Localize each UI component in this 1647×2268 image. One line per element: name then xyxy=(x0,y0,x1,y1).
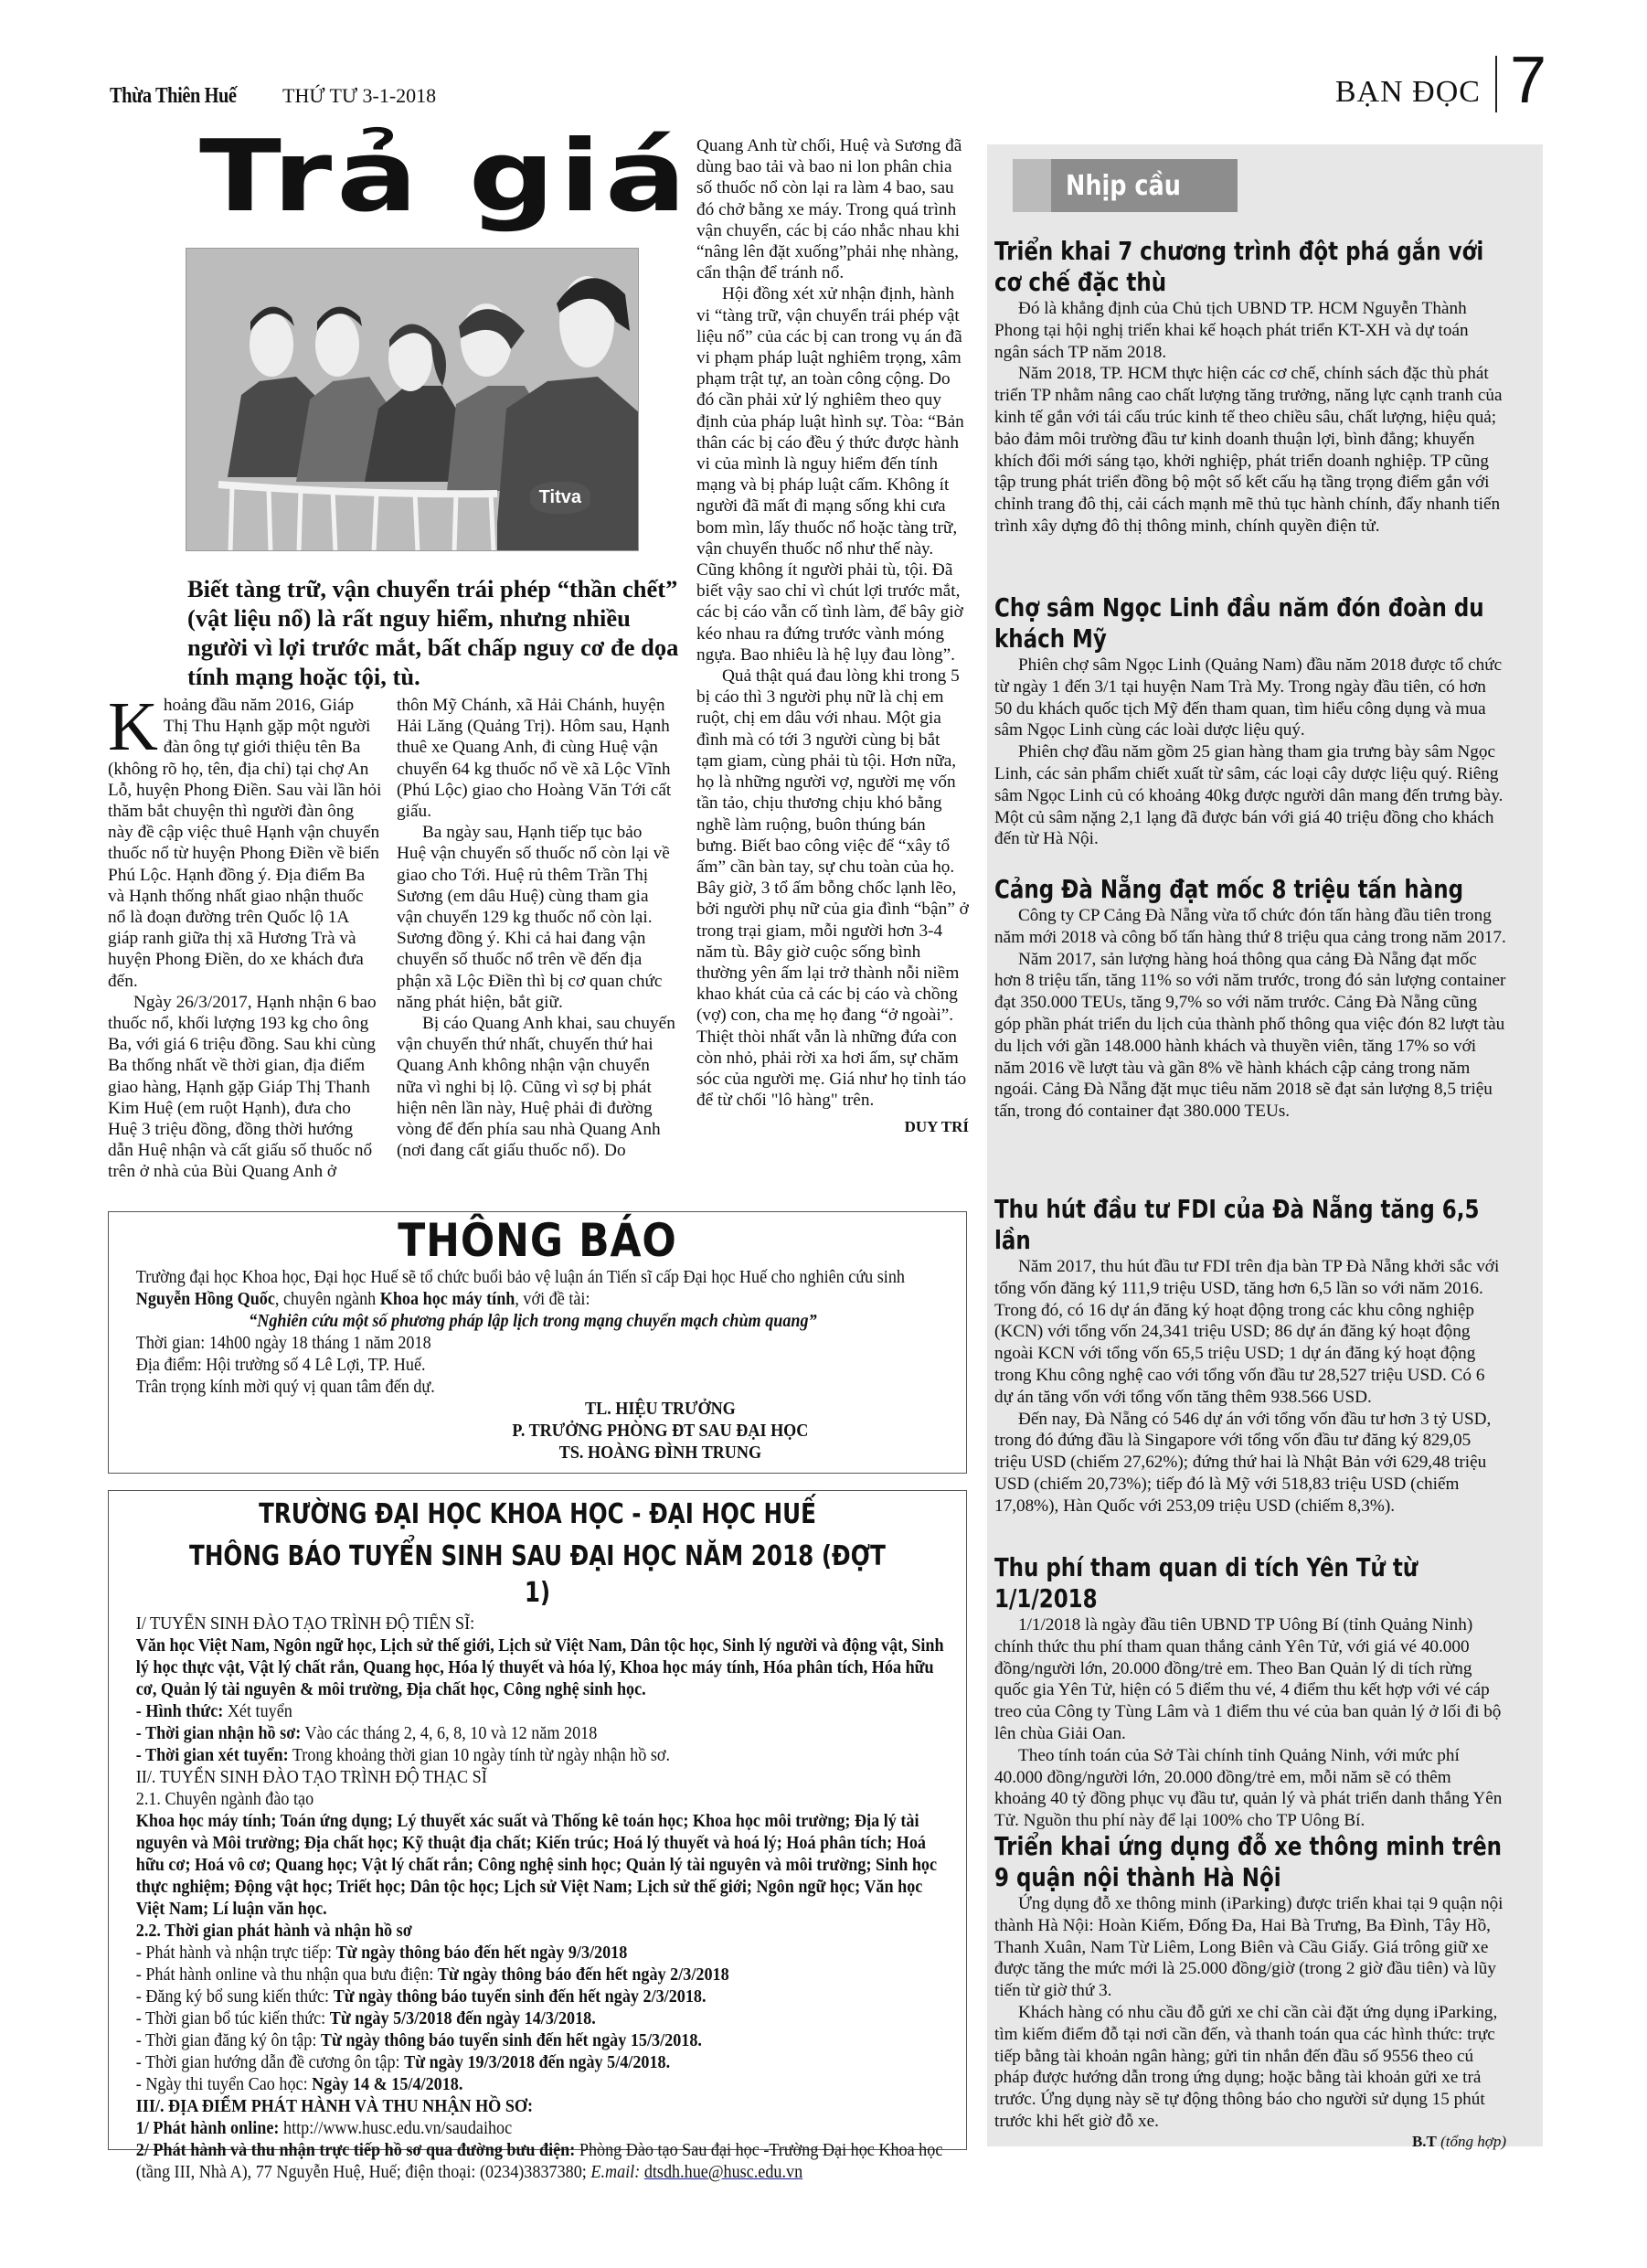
masthead-right: BẠN ĐỌC 7 xyxy=(1335,48,1546,113)
news-item: Cảng Đà Nẵng đạt mốc 8 triệu tấn hàng Cô… xyxy=(994,874,1506,1123)
news-item: Triển khai 7 chương trình đột phá gắn vớ… xyxy=(994,236,1506,538)
article-paragraph: Quang Anh từ chối, Huệ và Sương đã dùng … xyxy=(696,135,969,283)
courtroom-illustration: Titva xyxy=(186,248,639,551)
candidate-name: Nguyễn Hồng Quốc xyxy=(136,1290,275,1309)
thesis-title: “Nghiên cứu một số phương pháp lập lịch … xyxy=(115,1311,950,1333)
phd-info: - Thời gian nhận hồ sơ: Vào các tháng 2,… xyxy=(115,1723,950,1745)
email-label: E.mail xyxy=(590,2163,634,2182)
schedule-item: - Thời gian đăng ký ôn tập: Từ ngày thôn… xyxy=(115,2030,950,2052)
defense-time: Thời gian: 14h00 ngày 18 tháng 1 năm 201… xyxy=(115,1333,950,1355)
schedule-item: - Đăng ký bổ sung kiến thức: Từ ngày thô… xyxy=(115,1986,950,2008)
article-title: Trả giá xyxy=(199,128,691,227)
news-paragraph: Công ty CP Cảng Đà Nẵng vừa tổ chức đón … xyxy=(994,905,1506,949)
news-headline: Thu phí tham quan di tích Yên Tử từ 1/1/… xyxy=(994,1552,1506,1614)
news-paragraph: Khách hàng có nhu cầu đỗ gửi xe chỉ cần … xyxy=(994,2002,1506,2133)
article-lead: Biết tàng trữ, vận chuyển trái phép “thầ… xyxy=(187,574,681,691)
article-paragraph: Ba ngày sau, Hạnh tiếp tục bảo Huệ vận c… xyxy=(397,822,675,1013)
schedule-item: - Thời gian bổ túc kiến thức: Từ ngày 5/… xyxy=(115,2008,950,2030)
section-heading: I/ TUYỂN SINH ĐÀO TẠO TRÌNH ĐỘ TIẾN SĨ: xyxy=(115,1613,950,1635)
signature-line: TL. HIỆU TRƯỞNG xyxy=(115,1399,950,1421)
article-column-2: thôn Mỹ Chánh, xã Hải Chánh, huyện Hải L… xyxy=(397,695,675,1161)
defense-place: Địa điểm: Hội trường số 4 Lê Lợi, TP. Hu… xyxy=(115,1355,950,1377)
phd-info: - Hình thức: Xét tuyển xyxy=(115,1701,950,1723)
section-heading: III/. ĐỊA ĐIỂM PHÁT HÀNH VÀ THU NHẬN HỒ … xyxy=(115,2096,950,2118)
signature-line: P. TRƯỞNG PHÒNG ĐT SAU ĐẠI HỌC xyxy=(115,1421,950,1443)
post-label: 2/ Phát hành và thu nhận trực tiếp hồ sơ… xyxy=(136,2141,576,2160)
notice-title: THÔNG BÁO xyxy=(160,1218,914,1263)
issue-date: THỨ TƯ 3-1-2018 xyxy=(282,84,436,108)
news-paragraph: Năm 2018, TP. HCM thực hiện các cơ chế, … xyxy=(994,363,1506,537)
candidate-major: Khoa học máy tính xyxy=(380,1290,515,1309)
admission-notice-box: TRƯỜNG ĐẠI HỌC KHOA HỌC - ĐẠI HỌC HUẾ TH… xyxy=(108,1490,967,2150)
phd-info: - Thời gian xét tuyển: Trong khoảng thời… xyxy=(115,1745,950,1767)
schedule-item: - Ngày thi tuyển Cao học: Ngày 14 & 15/4… xyxy=(115,2074,950,2096)
artist-signature: Titva xyxy=(530,482,590,514)
notice-intro: Trường đại học Khoa học, Đại học Huế sẽ … xyxy=(136,1268,905,1287)
article-column-1: Khoảng đầu năm 2016, Giáp Thị Thu Hạnh g… xyxy=(108,695,382,1183)
news-paragraph: Năm 2017, sản lượng hàng hoá thông qua c… xyxy=(994,949,1506,1123)
kicker-label: Nhịp cầu xyxy=(1066,170,1181,202)
article-paragraph: Ngày 26/3/2017, Hạnh nhận 6 bao thuốc nổ… xyxy=(108,992,382,1183)
article-paragraph: thôn Mỹ Chánh, xã Hải Chánh, huyện Hải L… xyxy=(397,695,675,822)
article-byline: DUY TRÍ xyxy=(696,1116,969,1137)
sidebar-source: B.T (tổng hợp) xyxy=(994,2133,1506,2151)
news-paragraph: Phiên chợ sâm Ngọc Linh (Quảng Nam) đầu … xyxy=(994,655,1506,741)
schedule-item: - Thời gian hướng dẫn đề cương ôn tập: T… xyxy=(115,2052,950,2074)
news-item: Triển khai ứng dụng đỗ xe thông minh trê… xyxy=(994,1831,1506,2151)
subsection-heading: 2.1. Chuyên ngành đào tạo xyxy=(115,1789,950,1811)
masthead-divider xyxy=(1495,56,1497,112)
admission-header: TRƯỜNG ĐẠI HỌC KHOA HỌC - ĐẠI HỌC HUẾ xyxy=(186,1496,888,1533)
news-headline: Chợ sâm Ngọc Linh đầu năm đón đoàn du kh… xyxy=(994,592,1506,655)
news-headline: Triển khai 7 chương trình đột phá gắn vớ… xyxy=(994,236,1506,298)
notice-intro: , chuyên ngành xyxy=(275,1290,380,1309)
notice-intro: , với đề tài: xyxy=(515,1290,590,1309)
news-headline: Thu hút đầu tư FDI của Đà Nẵng tăng 6,5 … xyxy=(994,1194,1506,1256)
masters-majors: Khoa học máy tính; Toán ứng dụng; Lý thu… xyxy=(115,1811,950,1921)
newspaper-name: Thừa Thiên Huế xyxy=(110,84,237,109)
article-column-3: Quang Anh từ chối, Huệ và Sương đã dùng … xyxy=(696,135,969,1138)
news-paragraph: 1/1/2018 là ngày đầu tiên UBND TP Uông B… xyxy=(994,1614,1506,1745)
subsection-heading: 2.2. Thời gian phát hành và nhận hồ sơ xyxy=(115,1921,950,1943)
news-item: Thu phí tham quan di tích Yên Tử từ 1/1/… xyxy=(994,1552,1506,1832)
invitation: Trân trọng kính mời quý vị quan tâm đến … xyxy=(115,1377,950,1399)
news-paragraph: Theo tính toán của Sở Tài chính tỉnh Quả… xyxy=(994,1745,1506,1832)
dropcap-letter: K xyxy=(108,698,158,755)
news-item: Thu hút đầu tư FDI của Đà Nẵng tăng 6,5 … xyxy=(994,1194,1506,1517)
schedule-item: - Phát hành và nhận trực tiếp: Từ ngày t… xyxy=(115,1943,950,1965)
article-paragraph: Quả thật quá đau lòng khi trong 5 bị cáo… xyxy=(696,665,969,1111)
news-paragraph: Đến nay, Đà Nẵng có 546 dự án với tổng v… xyxy=(994,1409,1506,1517)
news-headline: Triển khai ứng dụng đỗ xe thông minh trê… xyxy=(994,1831,1506,1893)
news-headline: Cảng Đà Nẵng đạt mốc 8 triệu tấn hàng xyxy=(994,874,1506,905)
phd-majors: Văn học Việt Nam, Ngôn ngữ học, Lịch sử … xyxy=(115,1635,950,1701)
online-label: 1/ Phát hành online: xyxy=(136,2119,280,2138)
section-name: BẠN ĐỌC xyxy=(1335,75,1481,110)
section-heading: II/. TUYỂN SINH ĐÀO TẠO TRÌNH ĐỘ THẠC SĨ xyxy=(115,1767,950,1789)
news-paragraph: Ứng dụng đỗ xe thông minh (iParking) đượ… xyxy=(994,1893,1506,2002)
source-author: B.T xyxy=(1412,2133,1437,2150)
article-paragraph: Bị cáo Quang Anh khai, sau chuyến vận ch… xyxy=(397,1013,675,1161)
article-paragraph: Hội đồng xét xử nhận định, hành vi “tàng… xyxy=(696,283,969,665)
page-number: 7 xyxy=(1510,48,1546,113)
admission-header: THÔNG BÁO TUYỂN SINH SAU ĐẠI HỌC NĂM 201… xyxy=(186,1539,888,1612)
sidebar-kicker: Nhịp cầu xyxy=(1013,159,1238,212)
notice-box: THÔNG BÁO Trường đại học Khoa học, Đại h… xyxy=(108,1211,967,1474)
news-paragraph: Phiên chợ đầu năm gồm 25 gian hàng tham … xyxy=(994,741,1506,850)
sidebar-nhip-cau: Nhịp cầu Triển khai 7 chương trình đột p… xyxy=(987,144,1543,2146)
signature-line: TS. HOÀNG ĐÌNH TRUNG xyxy=(115,1443,950,1464)
source-note: (tổng hợp) xyxy=(1440,2133,1506,2150)
schedule-item: - Phát hành online và thu nhận qua bưu đ… xyxy=(115,1965,950,1986)
news-item: Chợ sâm Ngọc Linh đầu năm đón đoàn du kh… xyxy=(994,592,1506,850)
online-url-link[interactable]: http://www.husc.edu.vn/saudaihoc xyxy=(279,2119,512,2138)
masthead-left: Thừa Thiên Huế THỨ TƯ 3-1-2018 xyxy=(110,84,436,109)
email-link[interactable]: dtsdh.hue@husc.edu.vn xyxy=(644,2163,802,2182)
news-paragraph: Năm 2017, thu hút đầu tư FDI trên địa bà… xyxy=(994,1256,1506,1409)
news-paragraph: Đó là khẳng định của Chủ tịch UBND TP. H… xyxy=(994,298,1506,363)
